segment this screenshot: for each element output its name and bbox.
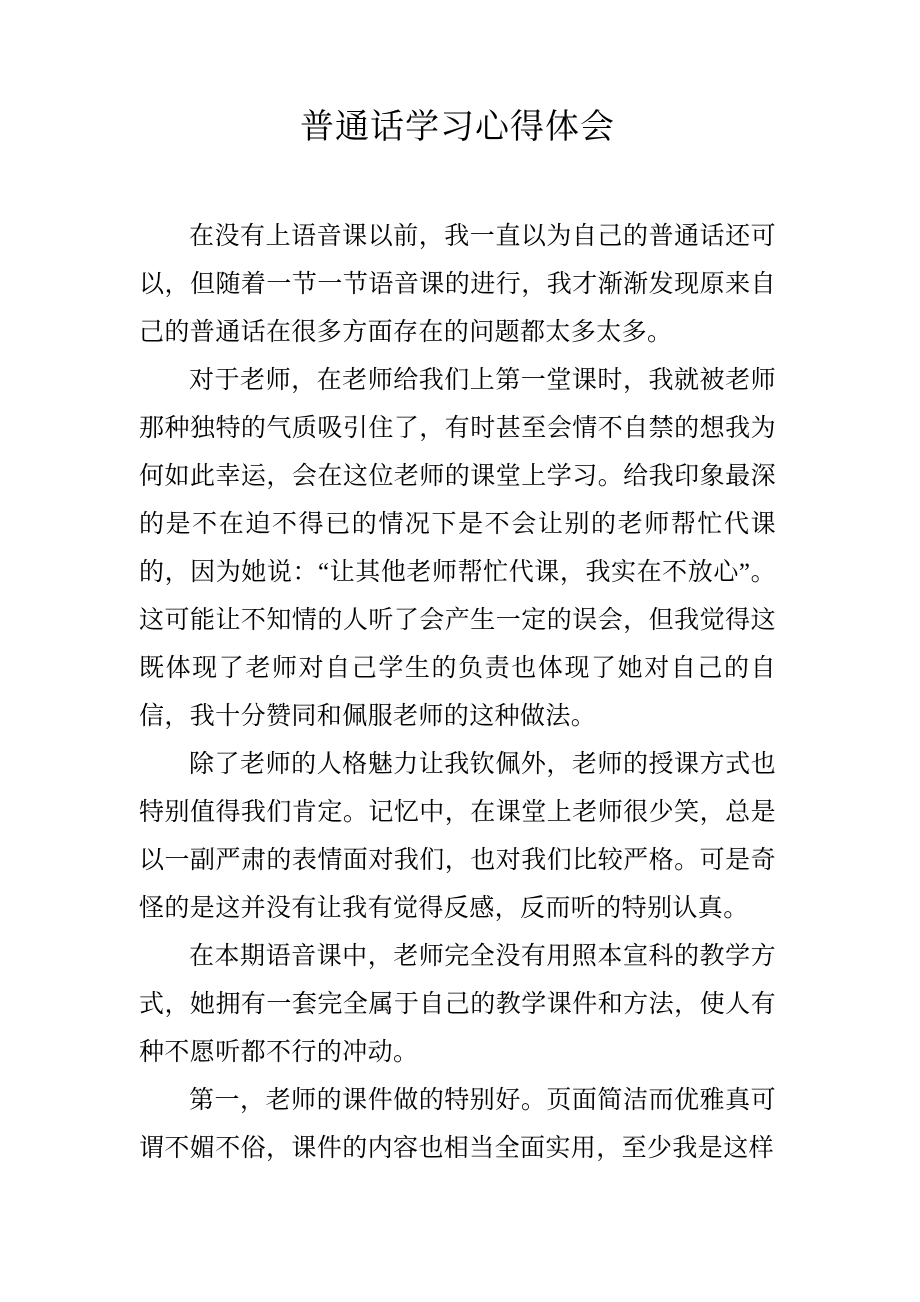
paragraph-1: 在没有上语音课以前，我一直以为自己的普通话还可以，但随着一节一节语音课的进行，我… (139, 213, 776, 357)
paragraph-3: 除了老师的人格魅力让我钦佩外，老师的授课方式也特别值得我们肯定。记忆中，在课堂上… (139, 741, 776, 933)
paragraph-5: 第一，老师的课件做的特别好。页面简洁而优雅真可谓不媚不俗，课件的内容也相当全面实… (139, 1077, 776, 1173)
document-body: 在没有上语音课以前，我一直以为自己的普通话还可以，但随着一节一节语音课的进行，我… (139, 213, 776, 1173)
document-page: 普通话学习心得体会 在没有上语音课以前，我一直以为自己的普通话还可以，但随着一节… (0, 0, 920, 1302)
paragraph-4: 在本期语音课中，老师完全没有用照本宣科的教学方式，她拥有一套完全属于自己的教学课… (139, 933, 776, 1077)
paragraph-2: 对于老师，在老师给我们上第一堂课时，我就被老师那种独特的气质吸引住了，有时甚至会… (139, 357, 776, 741)
document-title: 普通话学习心得体会 (139, 104, 776, 152)
